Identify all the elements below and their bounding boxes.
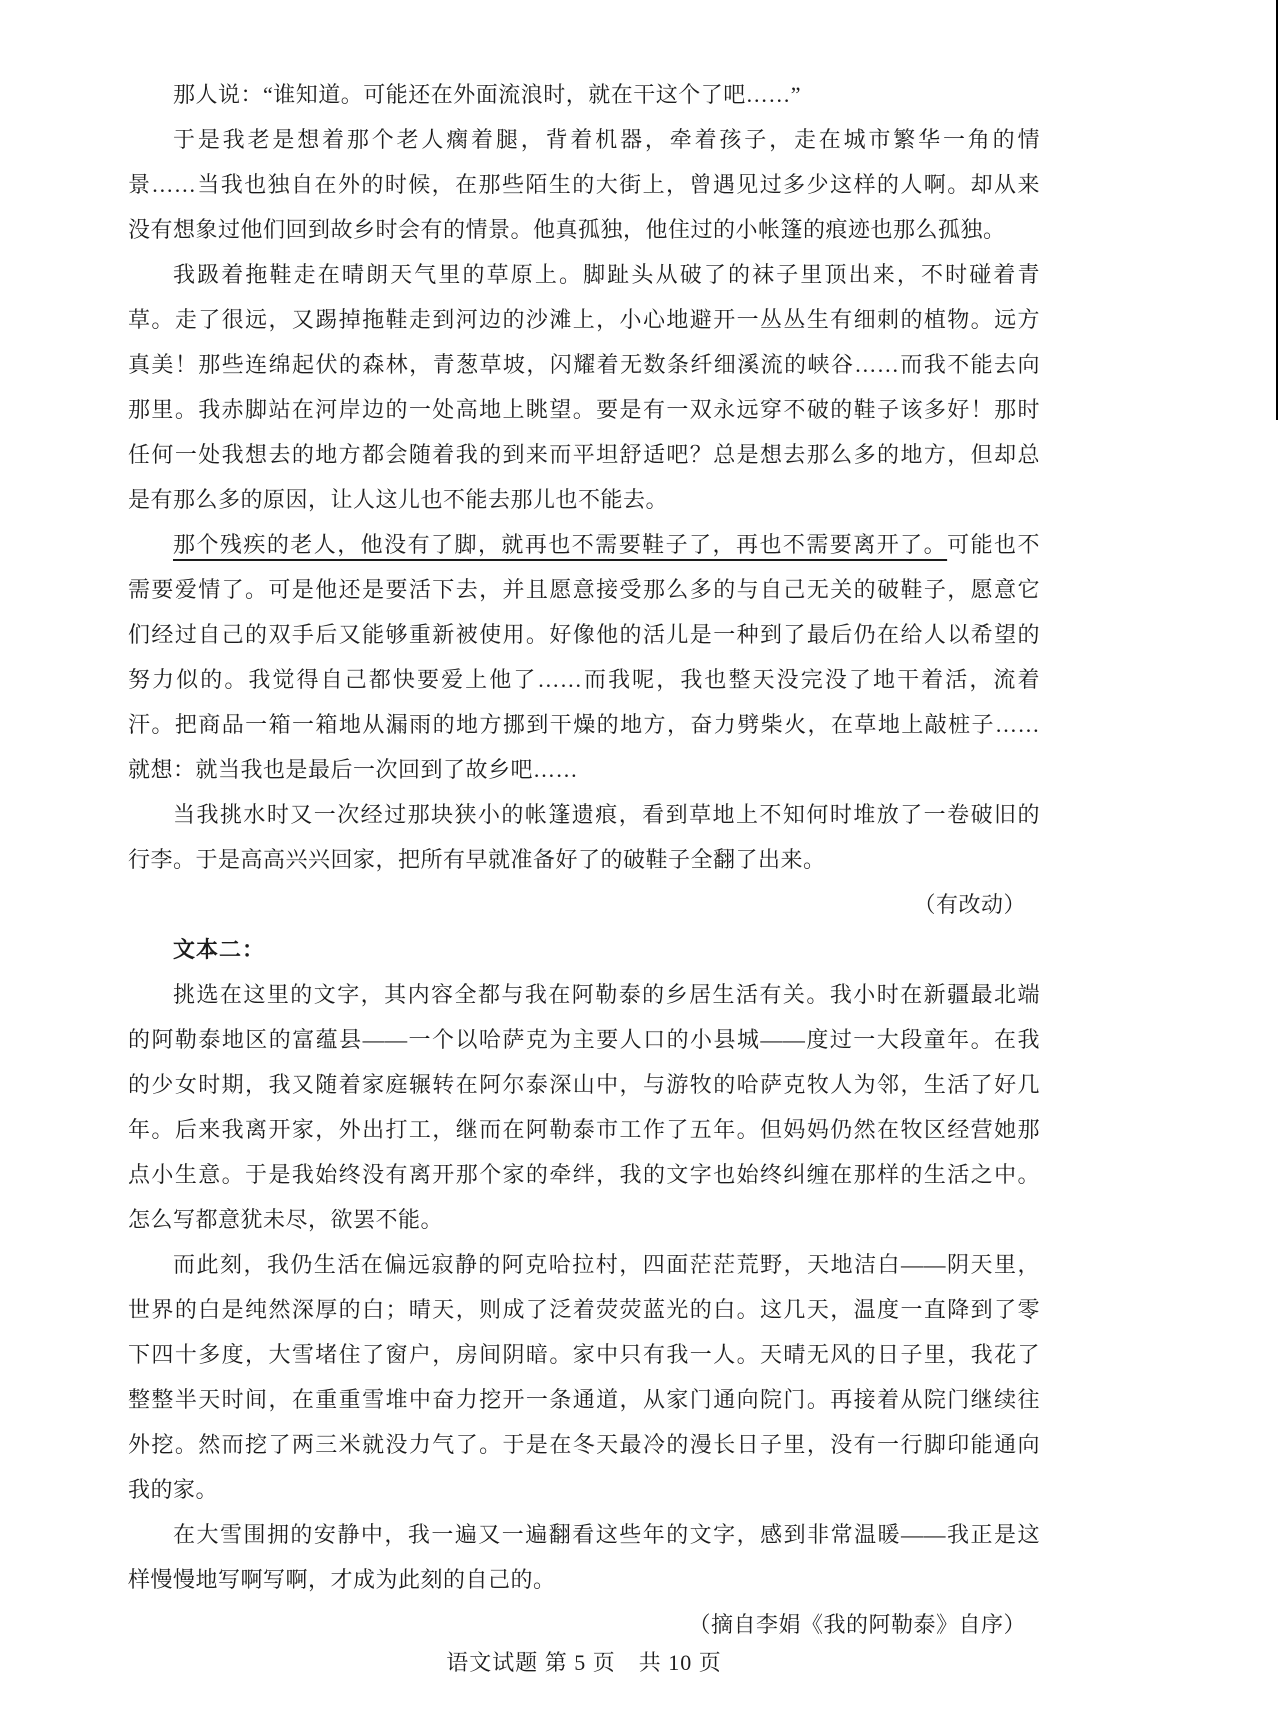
text-line: 年。后来我离开家，外出打工，继而在阿勒泰市工作了五年。但妈妈仍然在牧区经营她那 — [128, 1107, 1040, 1152]
text-body: 那人说：“谁知道。可能还在外面流浪时，就在干这个了吧……” 于是我老是想着那个老… — [128, 72, 1040, 1647]
underlined-sentence: 那个残疾的老人，他没有了脚，就再也不需要鞋子了，再也不需要离开了。 — [173, 532, 947, 557]
text-line: 那里。我赤脚站在河岸边的一处高地上眺望。要是有一双永远穿不破的鞋子该多好！那时 — [128, 387, 1040, 432]
text-line: 于是我老是想着那个老人瘸着腿，背着机器，牵着孩子，走在城市繁华一角的情 — [128, 117, 1040, 162]
text-line: 我的家。 — [128, 1467, 1040, 1512]
text-line-rest: 可能也不 — [947, 532, 1040, 557]
text-line: 而此刻，我仍生活在偏远寂静的阿克哈拉村，四面茫茫荒野，天地洁白——阴天里， — [128, 1242, 1040, 1287]
section-heading-text2: 文本二： — [128, 927, 1040, 972]
text-line: 世界的白是纯然深厚的白；晴天，则成了泛着荧荧蓝光的白。这几天，温度一直降到了零 — [128, 1287, 1040, 1332]
text-line: 下四十多度，大雪堵住了窗户，房间阴暗。家中只有我一人。天晴无风的日子里，我花了 — [128, 1332, 1040, 1377]
text-line: 真美！那些连绵起伏的森林，青葱草坡，闪耀着无数条纤细溪流的峡谷……而我不能去向 — [128, 342, 1040, 387]
text-line: 景……当我也独自在外的时候，在那些陌生的大街上，曾遇见过多少这样的人啊。却从来 — [128, 162, 1040, 207]
text-line: 整整半天时间，在重重雪堆中奋力挖开一条通道，从家门通向院门。再接着从院门继续往 — [128, 1377, 1040, 1422]
text-line: 那人说：“谁知道。可能还在外面流浪时，就在干这个了吧……” — [128, 72, 1040, 117]
text-line: 样慢慢地写啊写啊，才成为此刻的自己的。 — [128, 1557, 1040, 1602]
text-line: 当我挑水时又一次经过那块狭小的帐篷遗痕，看到草地上不知何时堆放了一卷破旧的 — [128, 792, 1040, 837]
text-line: 需要爱情了。可是他还是要活下去，并且愿意接受那么多的与自己无关的破鞋子，愿意它 — [128, 567, 1040, 612]
text-line: 外挖。然而挖了两三米就没力气了。于是在冬天最冷的漫长日子里，没有一行脚印能通向 — [128, 1422, 1040, 1467]
text-line: 是有那么多的原因，让人这儿也不能去那儿也不能去。 — [128, 477, 1040, 522]
text-line: 没有想象过他们回到故乡时会有的情景。他真孤独，他住过的小帐篷的痕迹也那么孤独。 — [128, 207, 1040, 252]
scan-edge-line — [1276, 0, 1278, 420]
text-line: 行李。于是高高兴兴回家，把所有早就准备好了的破鞋子全翻了出来。 — [128, 837, 1040, 882]
text-line-underlined: 那个残疾的老人，他没有了脚，就再也不需要鞋子了，再也不需要离开了。可能也不 — [128, 522, 1040, 567]
text-line: 们经过自己的双手后又能够重新被使用。好像他的活儿是一种到了最后仍在给人以希望的 — [128, 612, 1040, 657]
text-line: 怎么写都意犹未尽，欲罢不能。 — [128, 1197, 1040, 1242]
text-line: 在大雪围拥的安静中，我一遍又一遍翻看这些年的文字，感到非常温暖——我正是这 — [128, 1512, 1040, 1557]
page-footer: 语文试题 第 5 页 共 10 页 — [128, 1640, 1040, 1685]
text-line: 努力似的。我觉得自己都快要爱上他了……而我呢，我也整天没完没了地干着活，流着 — [128, 657, 1040, 702]
text-line: 就想：就当我也是最后一次回到了故乡吧…… — [128, 747, 1040, 792]
text-line: 的少女时期，我又随着家庭辗转在阿尔泰深山中，与游牧的哈萨克牧人为邻，生活了好几 — [128, 1062, 1040, 1107]
text-line: 草。走了很远，又踢掉拖鞋走到河边的沙滩上，小心地避开一丛丛生有细刺的植物。远方 — [128, 297, 1040, 342]
text-line: 我趿着拖鞋走在晴朗天气里的草原上。脚趾头从破了的袜子里顶出来，不时碰着青 — [128, 252, 1040, 297]
text-line: 的阿勒泰地区的富蕴县——一个以哈萨克为主要人口的小县城——度过一大段童年。在我 — [128, 1017, 1040, 1062]
text-line: 点小生意。于是我始终没有离开那个家的牵绊，我的文字也始终纠缠在那样的生活之中。 — [128, 1152, 1040, 1197]
exam-page: 那人说：“谁知道。可能还在外面流浪时，就在干这个了吧……” 于是我老是想着那个老… — [0, 0, 1280, 1718]
revision-note: （有改动） — [128, 882, 1040, 927]
text-line: 汗。把商品一箱一箱地从漏雨的地方挪到干燥的地方，奋力劈柴火，在草地上敲桩子…… — [128, 702, 1040, 747]
text-line: 任何一处我想去的地方都会随着我的到来而平坦舒适吧？总是想去那么多的地方，但却总 — [128, 432, 1040, 477]
text-line: 挑选在这里的文字，其内容全都与我在阿勒泰的乡居生活有关。我小时在新疆最北端 — [128, 972, 1040, 1017]
